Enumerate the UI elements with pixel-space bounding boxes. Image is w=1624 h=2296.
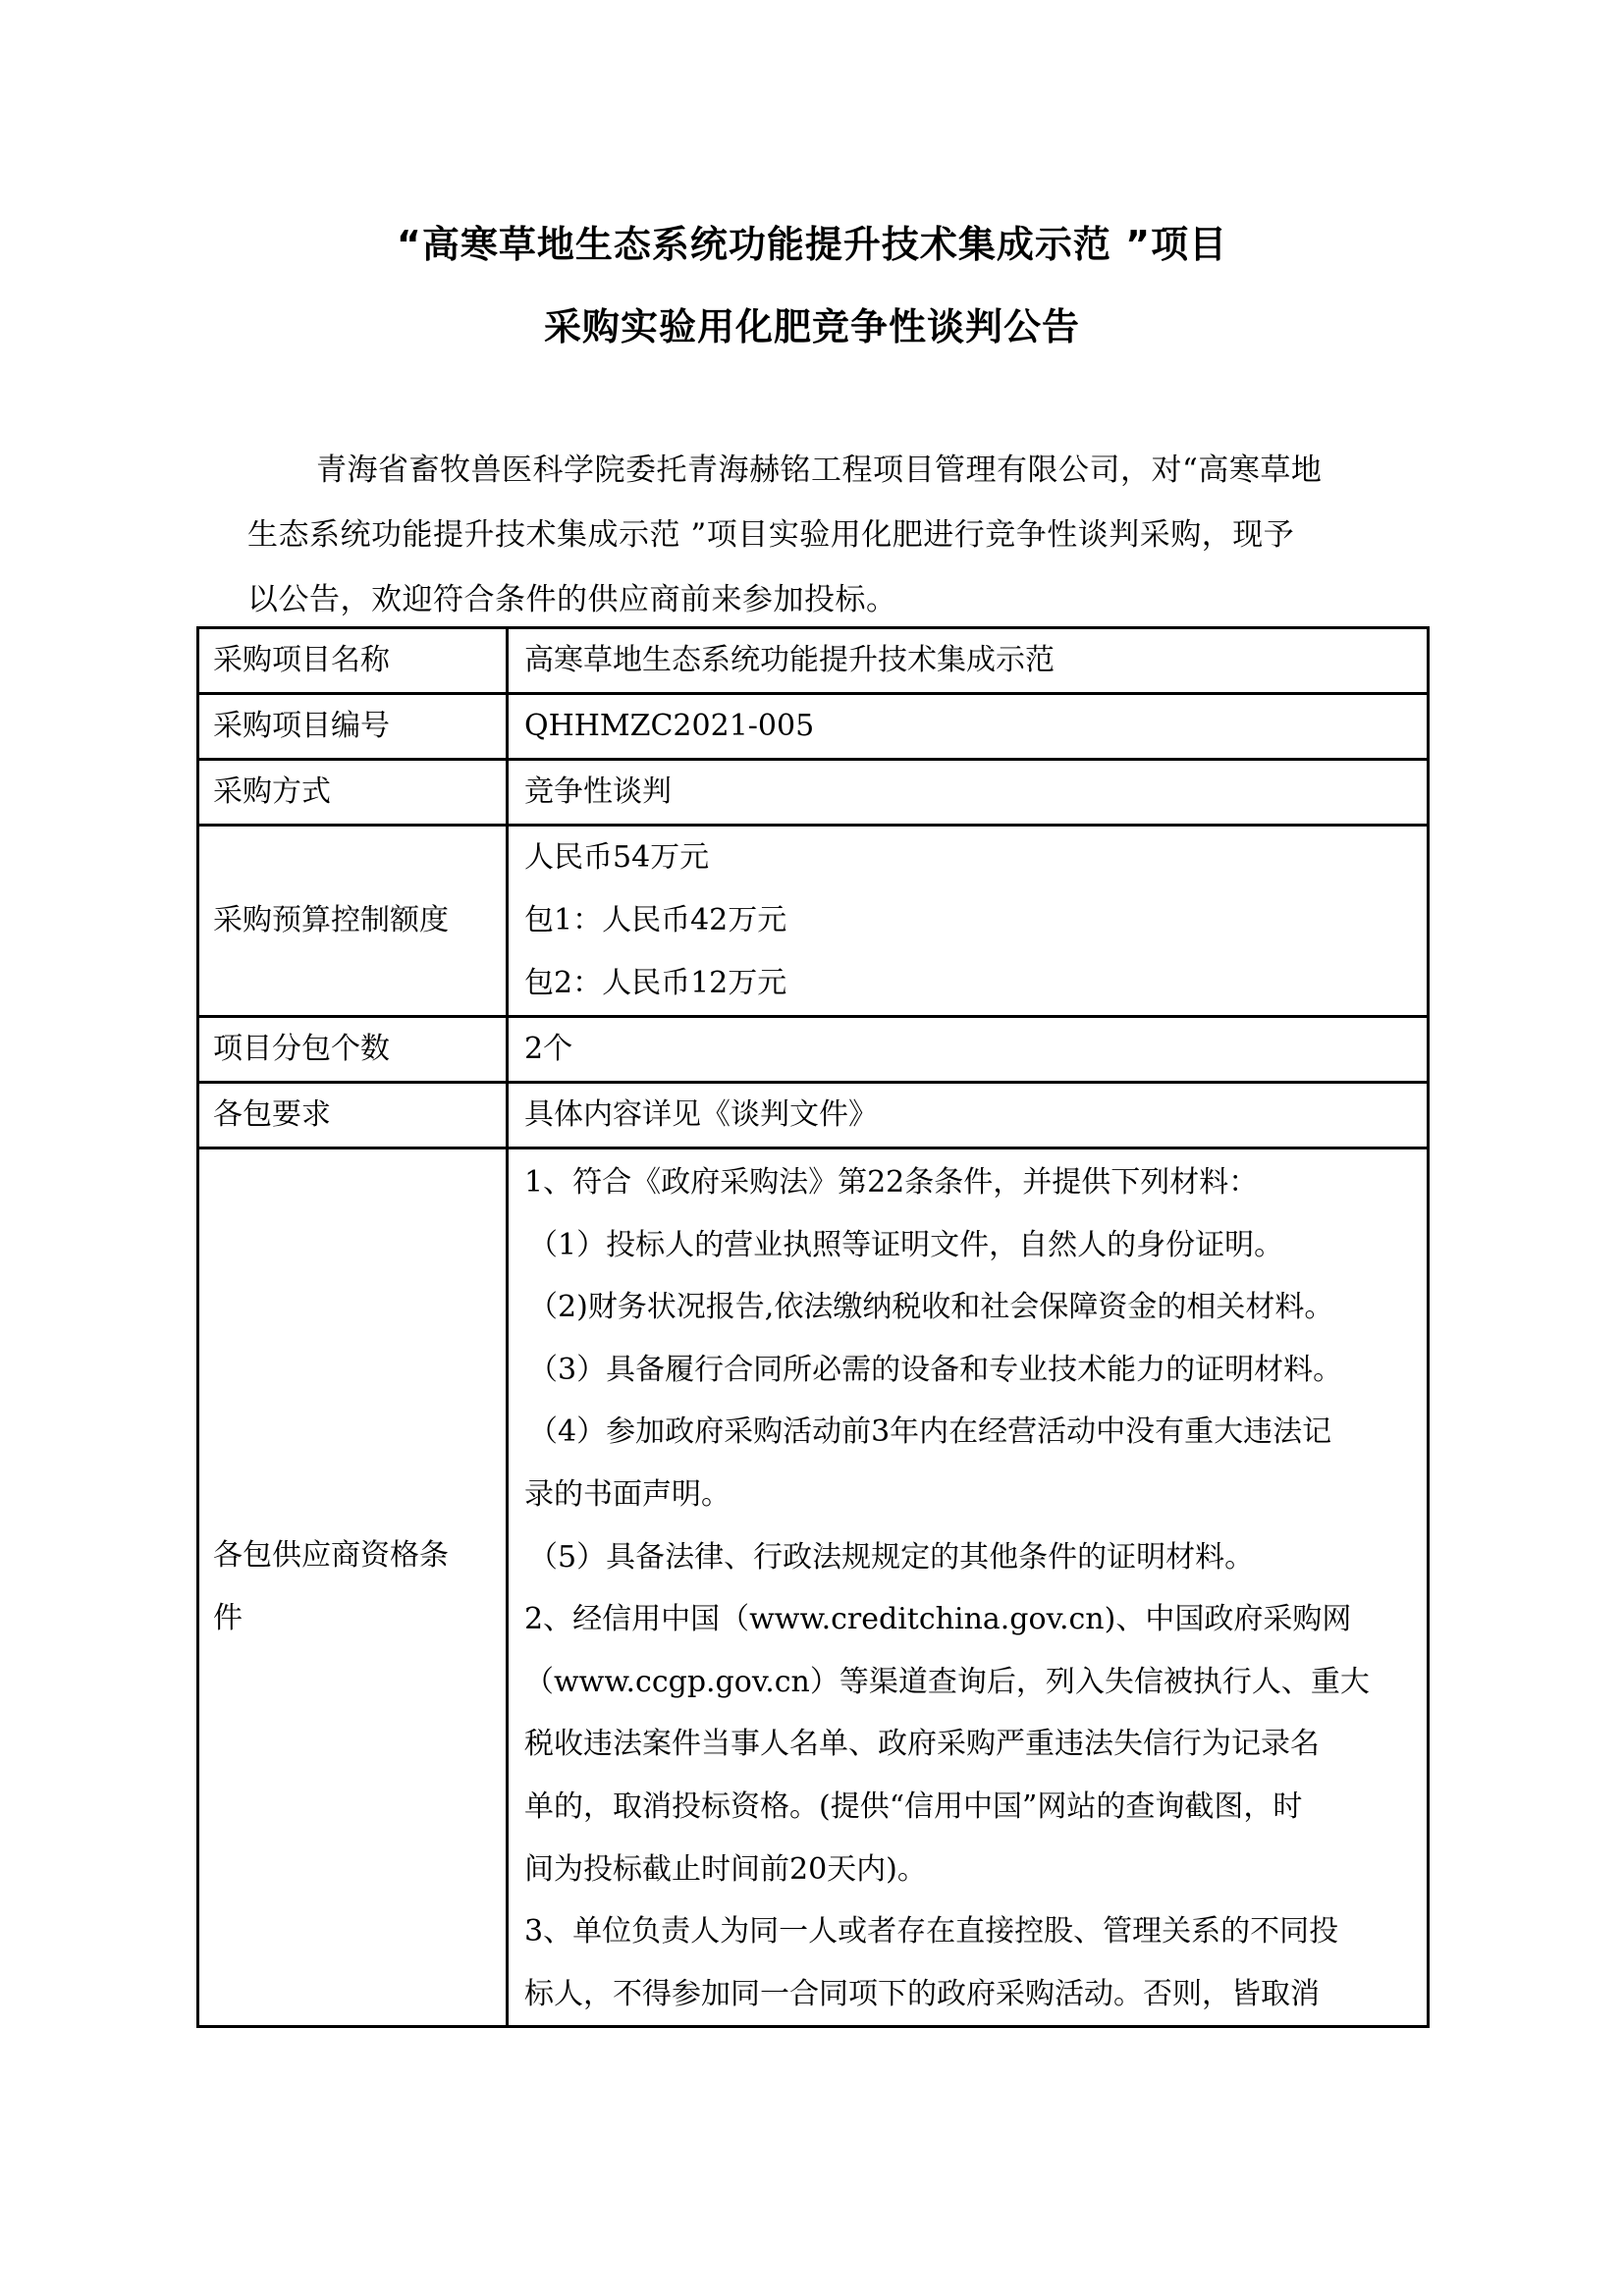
table-row-package-requirements: 各包要求 具体内容详见《谈判文件》 [198, 1083, 1429, 1148]
row-value: 2个 [508, 1017, 1429, 1083]
row-label: 采购项目名称 [198, 628, 508, 694]
intro-paragraph: 青海省畜牧兽医科学院委托青海赫铭工程项目管理有限公司，对“高寒草地 生态系统功能… [247, 438, 1386, 632]
qualification-line: 1、符合《政府采购法》第22条条件，并提供下列材料： [524, 1151, 1415, 1214]
row-label: 项目分包个数 [198, 1017, 508, 1083]
qualification-line: （1）投标人的营业执照等证明文件，自然人的身份证明。 [524, 1214, 1415, 1277]
table-row-project-name: 采购项目名称 高寒草地生态系统功能提升技术集成示范 [198, 628, 1429, 694]
budget-package-1: 包1：人民币42万元 [524, 889, 1415, 952]
procurement-info-table: 采购项目名称 高寒草地生态系统功能提升技术集成示范 采购项目编号 QHHMZC2… [196, 626, 1430, 2028]
budget-package-2: 包2：人民币12万元 [524, 952, 1415, 1015]
table-row-supplier-qualifications: 各包供应商资格条 件 1、符合《政府采购法》第22条条件，并提供下列材料： （1… [198, 1148, 1429, 2027]
intro-line: 生态系统功能提升技术集成示范 ”项目实验用化肥进行竞争性谈判采购，现予 [247, 503, 1386, 567]
row-label: 采购方式 [198, 760, 508, 826]
row-value: 高寒草地生态系统功能提升技术集成示范 [508, 628, 1429, 694]
qualification-line: 3、单位负责人为同一人或者存在直接控股、管理关系的不同投 [524, 1900, 1415, 1963]
document-title-line-2: 采购实验用化肥竞争性谈判公告 [0, 296, 1624, 350]
qualification-line: 税收违法案件当事人名单、政府采购严重违法失信行为记录名 [524, 1713, 1415, 1776]
qualification-line: 2、经信用中国（www.creditchina.gov.cn)、中国政府采购网 [524, 1588, 1415, 1651]
qualification-line: （5）具备法律、行政法规规定的其他条件的证明材料。 [524, 1526, 1415, 1589]
table-row-project-number: 采购项目编号 QHHMZC2021-005 [198, 694, 1429, 760]
document-title-line-1: “高寒草地生态系统功能提升技术集成示范 ”项目 [0, 214, 1624, 268]
row-label-line: 各包供应商资格条 [213, 1524, 494, 1587]
row-label: 各包供应商资格条 件 [198, 1148, 508, 2027]
qualification-line: 录的书面声明。 [524, 1464, 1415, 1526]
intro-line: 以公告，欢迎符合条件的供应商前来参加投标。 [247, 567, 1386, 632]
row-value: 人民币54万元 包1：人民币42万元 包2：人民币12万元 [508, 826, 1429, 1017]
row-label: 采购项目编号 [198, 694, 508, 760]
row-label: 采购预算控制额度 [198, 826, 508, 1017]
row-value: 具体内容详见《谈判文件》 [508, 1083, 1429, 1148]
row-value: 竞争性谈判 [508, 760, 1429, 826]
qualification-line: （3）具备履行合同所必需的设备和专业技术能力的证明材料。 [524, 1339, 1415, 1402]
qualification-line: 间为投标截止时间前20天内)。 [524, 1839, 1415, 1901]
qualification-line: 标人，不得参加同一合同项下的政府采购活动。否则，皆取消 [524, 1963, 1415, 2026]
qualification-line: （www.ccgp.gov.cn）等渠道查询后，列入失信被执行人、重大 [524, 1651, 1415, 1714]
row-label-line: 件 [213, 1587, 494, 1650]
table-row-budget: 采购预算控制额度 人民币54万元 包1：人民币42万元 包2：人民币12万元 [198, 826, 1429, 1017]
qualification-line: （4）参加政府采购活动前3年内在经营活动中没有重大违法记 [524, 1401, 1415, 1464]
budget-total: 人民币54万元 [524, 827, 1415, 889]
intro-line: 青海省畜牧兽医科学院委托青海赫铭工程项目管理有限公司，对“高寒草地 [247, 438, 1386, 503]
table-row-package-count: 项目分包个数 2个 [198, 1017, 1429, 1083]
table-row-procurement-method: 采购方式 竞争性谈判 [198, 760, 1429, 826]
row-value: 1、符合《政府采购法》第22条条件，并提供下列材料： （1）投标人的营业执照等证… [508, 1148, 1429, 2027]
row-label: 各包要求 [198, 1083, 508, 1148]
qualification-line: 单的，取消投标资格。(提供“信用中国”网站的查询截图，时 [524, 1776, 1415, 1839]
row-value: QHHMZC2021-005 [508, 694, 1429, 760]
qualification-line: （2)财务状况报告,依法缴纳税收和社会保障资金的相关材料。 [524, 1276, 1415, 1339]
